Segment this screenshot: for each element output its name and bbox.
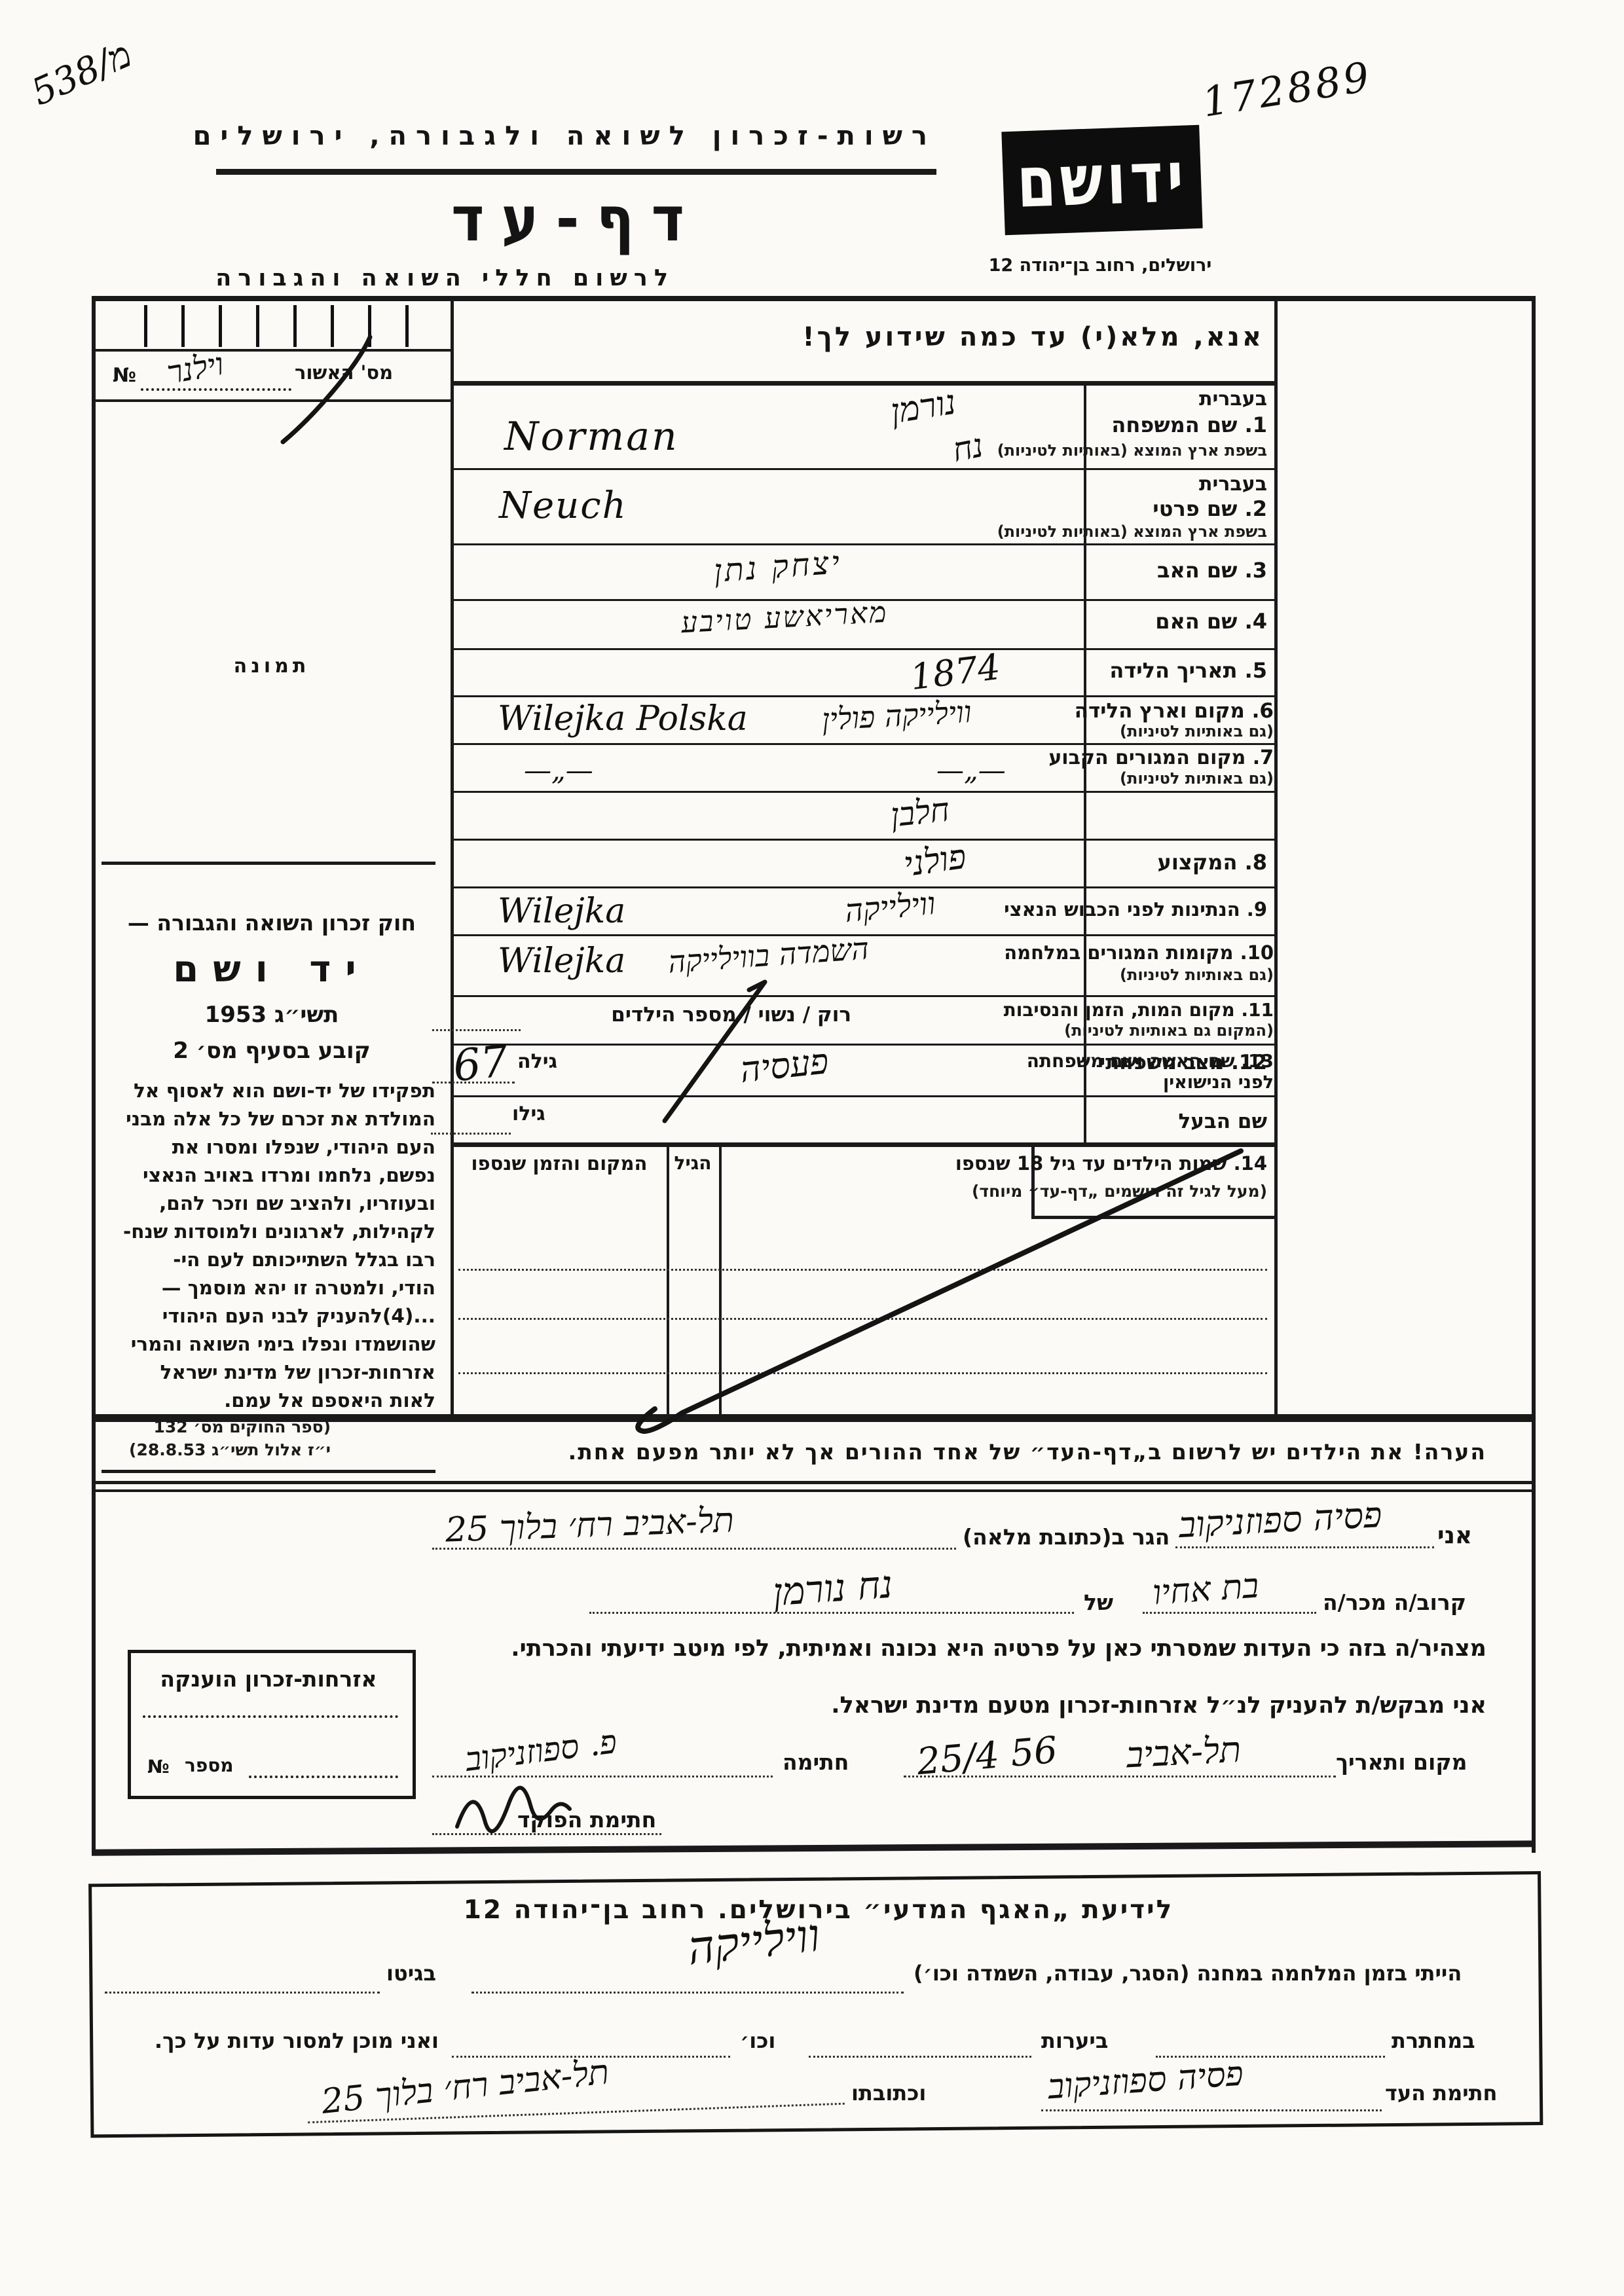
handwritten-strokes-overlay (0, 0, 1624, 2296)
children-table-cross-out-stroke (638, 1151, 1241, 1431)
approval-cell-stroke (283, 337, 370, 442)
daf-ed-testimony-page: 538/מ 172889 רשות-זכרון לשואה ולגבורה, י… (0, 0, 1624, 2296)
marital-status-stroke (665, 982, 765, 1121)
clerk-signature-scribble (457, 1788, 570, 1831)
